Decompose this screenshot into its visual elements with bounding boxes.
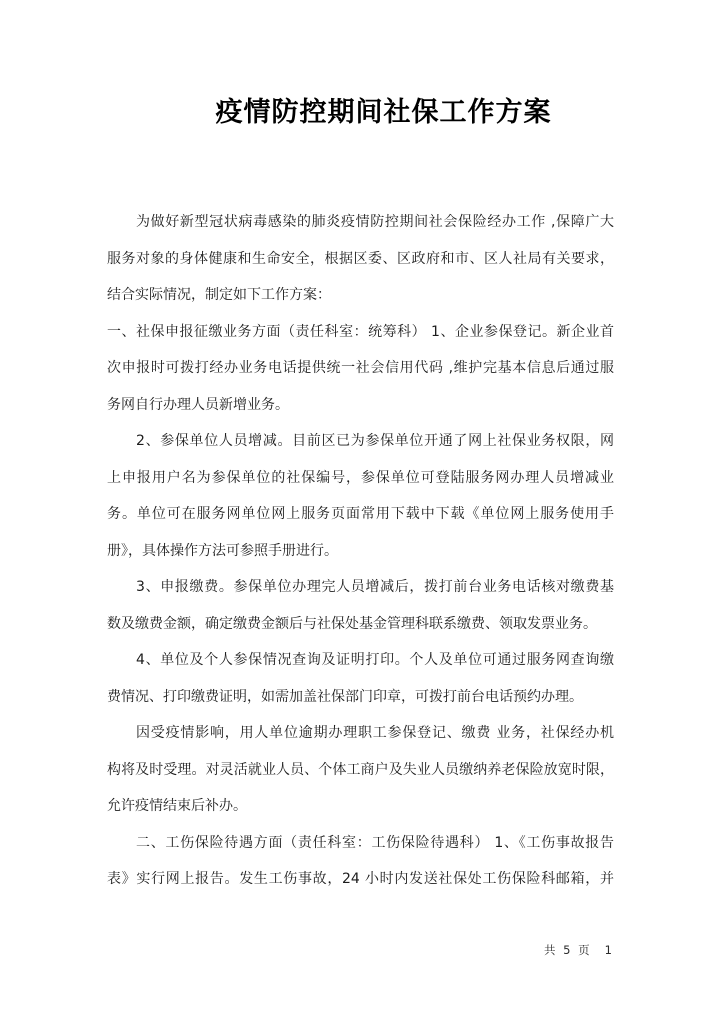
- text-line: 为做好新型冠状病毒感染的肺炎疫情防控期间社会保险经办工作 ,保障广大: [107, 204, 614, 241]
- text-line: 服务对象的身体健康和生命安全，根据区委、区政府和市、区人社局有关要求，: [107, 241, 614, 278]
- text-line: 数及缴费金额，确定缴费金额后与社保处基金管理科联系缴费、领取发票业务。: [107, 606, 614, 643]
- text-line: 构将及时受理。对灵活就业人员、个体工商户及失业人员缴纳养老保险放宽时限，: [107, 752, 614, 789]
- document-body: 为做好新型冠状病毒感染的肺炎疫情防控期间社会保险经办工作 ,保障广大 服务对象的…: [107, 204, 614, 898]
- text-line: 4、单位及个人参保情况查询及证明打印。个人及单位可通过服务网查询缴: [107, 642, 614, 679]
- text-line: 结合实际情况，制定如下工作方案：: [107, 277, 614, 314]
- text-line: 2、参保单位人员增减。目前区已为参保单位开通了网上社保业务权限，网: [107, 423, 614, 460]
- text-line: 册》，具体操作方法可参照手册进行。: [107, 533, 614, 570]
- text-line: 二、工伤保险待遇方面（责任科室：工伤保险待遇科） 1、《工伤事故报告: [107, 825, 614, 862]
- text-line: 一、社保申报征缴业务方面（责任科室：统筹科） 1、企业参保登记。新企业首: [107, 314, 614, 351]
- text-line: 表》实行网上报告。发生工伤事故，24 小时内发送社保处工伤保险科邮箱，并: [107, 861, 614, 898]
- total-pages-label: 共 5 页: [544, 943, 592, 957]
- text-line: 允许疫情结束后补办。: [107, 788, 614, 825]
- text-line: 费情况、打印缴费证明，如需加盖社保部门印章，可拨打前台电话预约办理。: [107, 679, 614, 716]
- document-page: 疫情防控期间社保工作方案 为做好新型冠状病毒感染的肺炎疫情防控期间社会保险经办工…: [0, 0, 720, 1020]
- text-line: 务。单位可在服务网单位网上服务页面常用下载中下载《单位网上服务使用手: [107, 496, 614, 533]
- text-line: 次申报时可拨打经办业务电话提供统一社会信用代码 ,维护完基本信息后通过服: [107, 350, 614, 387]
- page-footer: 共 5 页1: [544, 942, 612, 958]
- text-line: 上申报用户名为参保单位的社保编号，参保单位可登陆服务网办理人员增减业: [107, 460, 614, 497]
- text-line: 务网自行办理人员新增业务。: [107, 387, 614, 424]
- page-number: 1: [605, 943, 612, 957]
- text-line: 因受疫情影响，用人单位逾期办理职工参保登记、缴费 业务，社保经办机: [107, 715, 614, 752]
- text-line: 3、申报缴费。参保单位办理完人员增减后，拨打前台业务电话核对缴费基: [107, 569, 614, 606]
- document-title: 疫情防控期间社保工作方案: [130, 94, 637, 132]
